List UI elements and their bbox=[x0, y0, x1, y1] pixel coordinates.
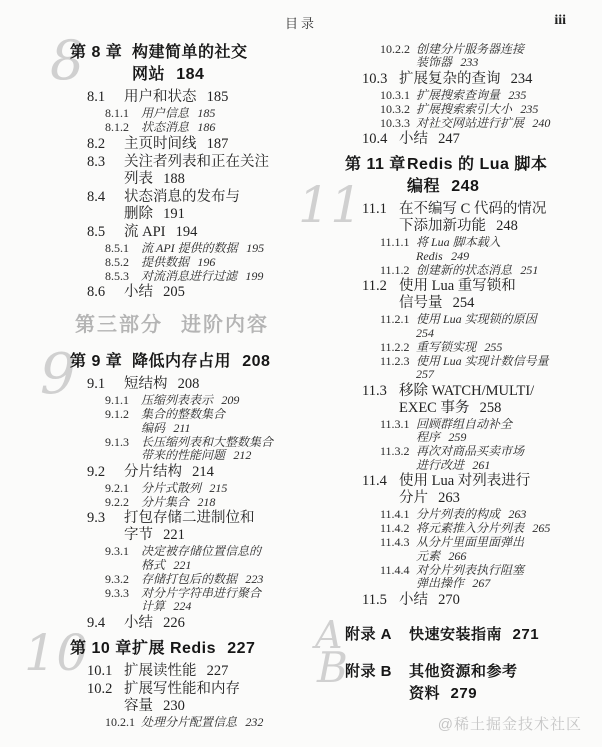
toc-entry-main-line: 11.3.2再次对商品买卖市场 bbox=[380, 445, 582, 459]
entry-page-number: 184 bbox=[176, 66, 204, 83]
toc-column-right: 10.2.2创建分片服务器连接装饰器23310.3扩展复杂的查询23410.3.… bbox=[345, 42, 582, 705]
entry-title: 流 API bbox=[124, 224, 166, 240]
entry-title: 短结构 bbox=[124, 376, 168, 392]
toc-entry-continuation-line: 257 bbox=[416, 368, 582, 382]
entry-title: 流 API 提供的数据 bbox=[141, 241, 238, 255]
entry-title: 创建分片服务器连接 bbox=[416, 42, 524, 56]
entry-page-number: 271 bbox=[513, 626, 540, 643]
entry-page-number: 205 bbox=[163, 284, 185, 300]
entry-title: 降低内存占用 bbox=[132, 353, 231, 370]
toc-entry-continuation-line: 计算224 bbox=[141, 600, 307, 614]
toc-entry-continuation-line: Redis249 bbox=[416, 250, 582, 264]
entry-page-number: 257 bbox=[416, 367, 434, 381]
entry-label: 9.2.1 bbox=[105, 482, 141, 496]
entry-label: 11.5 bbox=[362, 592, 399, 609]
entry-page-number: 221 bbox=[173, 558, 191, 572]
entry-title: 扩展搜索索引大小 bbox=[416, 102, 512, 116]
entry-page-number: 270 bbox=[438, 592, 460, 608]
entry-label: 附录 B bbox=[345, 661, 409, 683]
toc-entry-10.3.3: 10.3.3对社交网站进行扩展240 bbox=[345, 117, 582, 131]
entry-label: 11.1 bbox=[362, 201, 399, 218]
entry-title: 使用 Lua 重写锁和 bbox=[399, 278, 516, 294]
entry-title: 对分片字符串进行聚合 bbox=[141, 586, 261, 600]
entry-title: 从分片里面里面弹出 bbox=[416, 535, 524, 549]
entry-title: 处理分片配置信息 bbox=[141, 715, 237, 729]
entry-title: Redis bbox=[416, 249, 443, 263]
entry-page-number: 279 bbox=[451, 685, 478, 702]
entry-label: 11.3.1 bbox=[380, 418, 416, 432]
toc-entry-10.2.2: 10.2.2创建分片服务器连接装饰器233 bbox=[345, 43, 582, 70]
toc-entry-9.1.3: 9.1.3长压缩列表和大整数集合带来的性能问题212 bbox=[70, 436, 307, 463]
entry-page-number: 249 bbox=[451, 249, 469, 263]
toc-entry-第9章: 9第 9 章降低内存占用208 bbox=[70, 351, 307, 373]
toc-entry-main-line: 8.1.1用户信息185 bbox=[105, 107, 307, 121]
entry-title: 扩展读性能 bbox=[124, 663, 197, 679]
entry-title: 程序 bbox=[416, 430, 440, 444]
entry-label: 9.2.2 bbox=[105, 496, 141, 510]
entry-page-number: 248 bbox=[496, 218, 518, 234]
toc-entry-main-line: 8.1.2状态消息186 bbox=[105, 121, 307, 135]
entry-title: 编程 bbox=[407, 178, 440, 195]
entry-title: 小结 bbox=[124, 284, 153, 300]
toc-entry-main-line: 11.4.2将元素推入分片列表265 bbox=[380, 522, 582, 536]
toc-entry-11.1.1: 11.1.1将 Lua 脚本载入Redis249 bbox=[345, 236, 582, 263]
toc-entry-main-line: 附录 A快速安装指南271 bbox=[345, 624, 582, 646]
toc-entry-main-line: 11.1在不编写 C 代码的情况 bbox=[362, 201, 582, 218]
toc-entry-11.4: 11.4使用 Lua 对列表进行分片263 bbox=[345, 473, 582, 507]
entry-page-number: 214 bbox=[192, 464, 214, 480]
toc-entry-continuation-line: 资料279 bbox=[409, 683, 582, 705]
entry-title: 重写锁实现 bbox=[416, 340, 476, 354]
toc-entry-main-line: 8.5.2提供数据196 bbox=[105, 256, 307, 270]
entry-page-number: 199 bbox=[245, 269, 263, 283]
entry-title: 使用 Lua 实现锁的原因 bbox=[416, 312, 537, 326]
toc-entry-main-line: 第 9 章降低内存占用208 bbox=[70, 351, 307, 373]
toc-entry-main-line: 9.3打包存储二进制位和 bbox=[87, 510, 307, 527]
toc-entry-main-line: 11.2.3使用 Lua 实现计数信号量 bbox=[380, 355, 582, 369]
toc-entry-main-line: 9.3.3对分片字符串进行聚合 bbox=[105, 587, 307, 601]
toc-entry-continuation-line: 信号量254 bbox=[399, 295, 582, 312]
toc-entry-8.5.1: 8.5.1流 API 提供的数据195 bbox=[70, 242, 307, 256]
toc-entry-10.2.1: 10.2.1处理分片配置信息232 bbox=[70, 716, 307, 730]
entry-title: 扩展搜索查询量 bbox=[416, 88, 500, 102]
entry-title: 回顾群组自动补全 bbox=[416, 417, 512, 431]
entry-title: 字节 bbox=[124, 527, 153, 543]
entry-page-number: 258 bbox=[480, 400, 502, 416]
toc-entry-continuation-line: 下添加新功能248 bbox=[399, 218, 582, 235]
entry-label: 8.5 bbox=[87, 224, 124, 241]
entry-label: 8.5.3 bbox=[105, 270, 141, 284]
entry-label: 8.3 bbox=[87, 154, 124, 171]
entry-label: 8.5.1 bbox=[105, 242, 141, 256]
toc-entry-main-line: 第 11 章Redis 的 Lua 脚本 bbox=[345, 154, 582, 176]
toc-entry-main-line: 11.4使用 Lua 对列表进行 bbox=[362, 473, 582, 490]
toc-entry-main-line: 11.4.4对分片列表执行阻塞 bbox=[380, 564, 582, 578]
entry-page-number: 224 bbox=[173, 599, 191, 613]
entry-label: 11.1.1 bbox=[380, 236, 416, 250]
toc-entry-main-line: 9.3.1决定被存储位置信息的 bbox=[105, 545, 307, 559]
toc-entry-continuation-line: 编码211 bbox=[141, 422, 307, 436]
entry-label: 10.3.1 bbox=[380, 89, 416, 103]
entry-page-number: 254 bbox=[416, 326, 434, 340]
toc-entry-main-line: 10.3扩展复杂的查询234 bbox=[362, 71, 582, 88]
entry-label: 11.2.3 bbox=[380, 355, 416, 369]
entry-title: 下添加新功能 bbox=[399, 218, 486, 234]
entry-label: 10.3.2 bbox=[380, 103, 416, 117]
toc-entry-9.3: 9.3打包存储二进制位和字节221 bbox=[70, 510, 307, 544]
entry-label: 9.3.2 bbox=[105, 573, 141, 587]
entry-title: 网站 bbox=[132, 66, 165, 83]
toc-entry-8.5: 8.5流 API194 bbox=[70, 224, 307, 241]
entry-title: 再次对商品买卖市场 bbox=[416, 444, 524, 458]
toc-entry-11.2: 11.2使用 Lua 重写锁和信号量254 bbox=[345, 278, 582, 312]
toc-entry-10.3.2: 10.3.2扩展搜索索引大小235 bbox=[345, 103, 582, 117]
toc-entry-main-line: 11.1.1将 Lua 脚本载入 bbox=[380, 236, 582, 250]
entry-page-number: 215 bbox=[209, 481, 227, 495]
toc-entry-9.1: 9.1短结构208 bbox=[70, 376, 307, 393]
entry-label: 11.4.3 bbox=[380, 536, 416, 550]
entry-page-number: 226 bbox=[163, 615, 185, 631]
entry-page-number: 195 bbox=[246, 241, 264, 255]
entry-label: 9.1 bbox=[87, 376, 124, 393]
toc-entry-9.2.1: 9.2.1分片式散列215 bbox=[70, 482, 307, 496]
entry-title: 小结 bbox=[399, 131, 428, 147]
entry-label: 11.1.2 bbox=[380, 264, 416, 278]
toc-entry-9.1.1: 9.1.1压缩列表表示209 bbox=[70, 394, 307, 408]
entry-title: 将元素推入分片列表 bbox=[416, 521, 524, 535]
entry-page-number: 254 bbox=[453, 295, 475, 311]
entry-page-number: 209 bbox=[221, 393, 239, 407]
running-title: 目录 bbox=[285, 13, 317, 32]
toc-entry-第8章: 8第 8 章构建简单的社交网站184 bbox=[70, 42, 307, 86]
entry-title: 集合的整数集合 bbox=[141, 407, 225, 421]
toc-entry-main-line: 9.2分片结构214 bbox=[87, 464, 307, 481]
toc-entry-11.4.1: 11.4.1分片列表的构成263 bbox=[345, 508, 582, 522]
entry-title: 分片列表的构成 bbox=[416, 507, 500, 521]
toc-entry-10.2: 10.2扩展写性能和内存容量230 bbox=[70, 681, 307, 715]
toc-entry-main-line: 附录 B其他资源和参考 bbox=[345, 661, 582, 683]
toc-entry-main-line: 8.2主页时间线187 bbox=[87, 136, 307, 153]
entry-label: 8.1.1 bbox=[105, 107, 141, 121]
entry-label: 9.1.1 bbox=[105, 394, 141, 408]
entry-title: 扩展 Redis bbox=[132, 640, 216, 657]
entry-page-number: 266 bbox=[448, 549, 466, 563]
entry-title: 压缩列表表示 bbox=[141, 393, 213, 407]
toc-entry-main-line: 10.2.2创建分片服务器连接 bbox=[380, 43, 582, 57]
entry-page-number: 227 bbox=[227, 640, 255, 657]
entry-title: 删除 bbox=[124, 206, 153, 222]
toc-entry-continuation-line: 容量230 bbox=[124, 698, 307, 715]
toc-entry-continuation-line: 格式221 bbox=[141, 559, 307, 573]
entry-label: 11.2.1 bbox=[380, 313, 416, 327]
entry-title: 进行改进 bbox=[416, 458, 464, 472]
entry-label: 11.4.4 bbox=[380, 564, 416, 578]
entry-label: 11.2 bbox=[362, 278, 399, 295]
page-number: iii bbox=[554, 13, 566, 29]
entry-page-number: 194 bbox=[176, 224, 198, 240]
entry-label: 10.1 bbox=[87, 663, 124, 680]
toc-entry-main-line: 9.4小结226 bbox=[87, 615, 307, 632]
toc-entry-main-line: 8.4状态消息的发布与 bbox=[87, 189, 307, 206]
entry-label: 第三部分 bbox=[75, 312, 163, 338]
toc-entry-11.1.2: 11.1.2创建新的状态消息251 bbox=[345, 264, 582, 278]
entry-page-number: 251 bbox=[520, 263, 538, 277]
entry-label: 9.3 bbox=[87, 510, 124, 527]
entry-label: 第 9 章 bbox=[70, 351, 132, 373]
toc-entry-11.2.2: 11.2.2重写锁实现255 bbox=[345, 341, 582, 355]
entry-title: 移除 WATCH/MULTI/ bbox=[399, 383, 534, 399]
entry-title: 使用 Lua 对列表进行 bbox=[399, 473, 530, 489]
toc-entry-10.3: 10.3扩展复杂的查询234 bbox=[345, 71, 582, 88]
entry-label: 第 11 章 bbox=[345, 154, 407, 176]
toc-entry-main-line: 8.6小结205 bbox=[87, 284, 307, 301]
entry-title: 扩展写性能和内存 bbox=[124, 681, 240, 697]
toc-entry-main-line: 9.3.2存储打包后的数据223 bbox=[105, 573, 307, 587]
toc-entry-9.3.3: 9.3.3对分片字符串进行聚合计算224 bbox=[70, 587, 307, 614]
entry-title: 分片式散列 bbox=[141, 481, 201, 495]
toc-entry-8.5.2: 8.5.2提供数据196 bbox=[70, 256, 307, 270]
toc-entry-main-line: 9.1.1压缩列表表示209 bbox=[105, 394, 307, 408]
entry-title: 小结 bbox=[399, 592, 428, 608]
toc-entry-main-line: 9.2.2分片集合218 bbox=[105, 496, 307, 510]
entry-title: 分片集合 bbox=[141, 495, 189, 509]
toc-entry-附录B: B附录 B其他资源和参考资料279 bbox=[345, 661, 582, 705]
entry-page-number: 261 bbox=[472, 458, 490, 472]
toc-entry-main-line: 8.5流 API194 bbox=[87, 224, 307, 241]
entry-title: 关注者列表和正在关注 bbox=[124, 154, 269, 170]
entry-label: 9.3.1 bbox=[105, 545, 141, 559]
entry-label: 11.3 bbox=[362, 383, 399, 400]
entry-title: 进阶内容 bbox=[181, 314, 269, 336]
entry-label: 8.1 bbox=[87, 89, 124, 106]
toc-entry-continuation-line: 列表188 bbox=[124, 171, 307, 188]
toc-entry-main-line: 10.2.1处理分片配置信息232 bbox=[105, 716, 307, 730]
entry-page-number: 208 bbox=[178, 376, 200, 392]
entry-page-number: 185 bbox=[207, 89, 229, 105]
toc-entry-8.2: 8.2主页时间线187 bbox=[70, 136, 307, 153]
toc-entry-main-line: 10.2扩展写性能和内存 bbox=[87, 681, 307, 698]
entry-title: 其他资源和参考 bbox=[409, 663, 518, 680]
toc-entry-main-line: 8.5.3对流消息进行过滤199 bbox=[105, 270, 307, 284]
toc-entry-11.4.2: 11.4.2将元素推入分片列表265 bbox=[345, 522, 582, 536]
entry-page-number: 265 bbox=[532, 521, 550, 535]
entry-title: 信号量 bbox=[399, 295, 443, 311]
toc-entry-continuation-line: 网站184 bbox=[132, 64, 307, 86]
entry-title: 编码 bbox=[141, 421, 165, 435]
toc-entry-8.6: 8.6小结205 bbox=[70, 284, 307, 301]
entry-title: 在不编写 C 代码的情况 bbox=[399, 201, 546, 217]
entry-label: 11.2.2 bbox=[380, 341, 416, 355]
entry-label: 10.2.2 bbox=[380, 43, 416, 57]
toc-entry-9.3.2: 9.3.2存储打包后的数据223 bbox=[70, 573, 307, 587]
entry-label: 11.4 bbox=[362, 473, 399, 490]
toc-entry-main-line: 8.5.1流 API 提供的数据195 bbox=[105, 242, 307, 256]
entry-page-number: 240 bbox=[532, 116, 550, 130]
toc-entry-continuation-line: 弹出操作267 bbox=[416, 577, 582, 591]
entry-title: 状态消息的发布与 bbox=[124, 189, 240, 205]
toc-entry-11.3.2: 11.3.2再次对商品买卖市场进行改进261 bbox=[345, 445, 582, 472]
toc-entry-11.3.1: 11.3.1回顾群组自动补全程序259 bbox=[345, 418, 582, 445]
entry-title: 对流消息进行过滤 bbox=[141, 269, 237, 283]
entry-title: 存储打包后的数据 bbox=[141, 572, 237, 586]
entry-title: Redis 的 Lua 脚本 bbox=[407, 156, 547, 173]
entry-label: 9.1.2 bbox=[105, 408, 141, 422]
entry-page-number: 196 bbox=[197, 255, 215, 269]
entry-title: 对社交网站进行扩展 bbox=[416, 116, 524, 130]
entry-title: 资料 bbox=[409, 685, 440, 702]
toc-entry-continuation-line: 字节221 bbox=[124, 527, 307, 544]
toc-entry-10.4: 10.4小结247 bbox=[345, 131, 582, 148]
entry-page-number: 259 bbox=[448, 430, 466, 444]
toc-entry-11.1: 11.1在不编写 C 代码的情况下添加新功能248 bbox=[345, 201, 582, 235]
toc-entry-continuation-line: 254 bbox=[416, 327, 582, 341]
toc-column-left: 8第 8 章构建简单的社交网站1848.1用户和状态1858.1.1用户信息18… bbox=[70, 42, 307, 730]
toc-entry-main-line: 11.5小结270 bbox=[362, 592, 582, 609]
toc-entry-main-line: 8.3关注者列表和正在关注 bbox=[87, 154, 307, 171]
toc-entry-8.3: 8.3关注者列表和正在关注列表188 bbox=[70, 154, 307, 188]
chapter-numeral-B: B bbox=[317, 647, 348, 689]
toc-entry-10.1: 10.1扩展读性能227 bbox=[70, 663, 307, 680]
entry-title: 分片 bbox=[399, 490, 428, 506]
toc-entry-main-line: 10.3.3对社交网站进行扩展240 bbox=[380, 117, 582, 131]
toc-entry-10.3.1: 10.3.1扩展搜索查询量235 bbox=[345, 89, 582, 103]
entry-title: 格式 bbox=[141, 558, 165, 572]
toc-entry-main-line: 第 8 章构建简单的社交 bbox=[70, 42, 307, 64]
toc-entry-main-line: 10.3.2扩展搜索索引大小235 bbox=[380, 103, 582, 117]
toc-entry-main-line: 11.2使用 Lua 重写锁和 bbox=[362, 278, 582, 295]
entry-page-number: 230 bbox=[163, 698, 185, 714]
toc-entry-continuation-line: 分片263 bbox=[399, 490, 582, 507]
toc-entry-continuation-line: 装饰器233 bbox=[416, 56, 582, 70]
toc-entry-continuation-line: EXEC 事务258 bbox=[399, 400, 582, 417]
entry-title: 主页时间线 bbox=[124, 136, 197, 152]
entry-page-number: 187 bbox=[207, 136, 229, 152]
entry-title: 用户和状态 bbox=[124, 89, 197, 105]
toc-entry-continuation-line: 编程248 bbox=[407, 176, 582, 198]
entry-page-number: 212 bbox=[233, 448, 251, 462]
entry-title: 带来的性能问题 bbox=[141, 448, 225, 462]
entry-label: 9.4 bbox=[87, 615, 124, 632]
toc-entry-main-line: 9.1.2集合的整数集合 bbox=[105, 408, 307, 422]
entry-label: 9.1.3 bbox=[105, 436, 141, 450]
entry-title: 长压缩列表和大整数集合 bbox=[141, 435, 273, 449]
entry-page-number: 186 bbox=[197, 120, 215, 134]
entry-label: 9.2 bbox=[87, 464, 124, 481]
entry-page-number: 208 bbox=[242, 353, 270, 370]
toc-entry-main-line: 8.1用户和状态185 bbox=[87, 89, 307, 106]
entry-title: 打包存储二进制位和 bbox=[124, 510, 255, 526]
toc-entry-main-line: 11.3移除 WATCH/MULTI/ bbox=[362, 383, 582, 400]
entry-page-number: 267 bbox=[472, 576, 490, 590]
toc-entry-9.4: 9.4小结226 bbox=[70, 615, 307, 632]
toc-page: 目录 iii 8第 8 章构建简单的社交网站1848.1用户和状态1858.1.… bbox=[0, 0, 602, 747]
toc-entry-9.2: 9.2分片结构214 bbox=[70, 464, 307, 481]
entry-title: 快速安装指南 bbox=[409, 626, 502, 643]
entry-title: 决定被存储位置信息的 bbox=[141, 544, 261, 558]
toc-entry-main-line: 10.3.1扩展搜索查询量235 bbox=[380, 89, 582, 103]
entry-title: EXEC 事务 bbox=[399, 400, 469, 416]
toc-entry-main-line: 11.4.3从分片里面里面弹出 bbox=[380, 536, 582, 550]
toc-entry-continuation-line: 元素266 bbox=[416, 550, 582, 564]
entry-label: 8.2 bbox=[87, 136, 124, 153]
entry-label: 9.3.3 bbox=[105, 587, 141, 601]
entry-title: 计算 bbox=[141, 599, 165, 613]
entry-title: 状态消息 bbox=[141, 120, 189, 134]
chapter-numeral-A: A bbox=[315, 616, 343, 654]
entry-page-number: 247 bbox=[438, 131, 460, 147]
entry-title: 扩展复杂的查询 bbox=[399, 71, 501, 87]
entry-label: 10.4 bbox=[362, 131, 399, 148]
entry-label: 附录 A bbox=[345, 624, 409, 646]
toc-entry-main-line: 第 10 章扩展 Redis227 bbox=[70, 638, 307, 660]
entry-page-number: 263 bbox=[508, 507, 526, 521]
entry-title: 小结 bbox=[124, 615, 153, 631]
toc-entry-main-line: 第三部分进阶内容 bbox=[75, 312, 307, 338]
entry-label: 10.3 bbox=[362, 71, 399, 88]
entry-title: 将 Lua 脚本载入 bbox=[416, 235, 501, 249]
entry-title: 对分片列表执行阻塞 bbox=[416, 563, 524, 577]
entry-page-number: 234 bbox=[511, 71, 533, 87]
entry-page-number: 255 bbox=[484, 340, 502, 354]
toc-entry-continuation-line: 带来的性能问题212 bbox=[141, 449, 307, 463]
entry-label: 8.5.2 bbox=[105, 256, 141, 270]
entry-title: 弹出操作 bbox=[416, 576, 464, 590]
watermark: @稀土掘金技术社区 bbox=[438, 713, 582, 734]
entry-page-number: 191 bbox=[163, 206, 185, 222]
toc-entry-9.1.2: 9.1.2集合的整数集合编码211 bbox=[70, 408, 307, 435]
entry-title: 分片结构 bbox=[124, 464, 182, 480]
entry-page-number: 221 bbox=[163, 527, 185, 543]
toc-entry-main-line: 10.1扩展读性能227 bbox=[87, 663, 307, 680]
entry-title: 元素 bbox=[416, 549, 440, 563]
entry-page-number: 188 bbox=[163, 171, 185, 187]
toc-entry-9.3.1: 9.3.1决定被存储位置信息的格式221 bbox=[70, 545, 307, 572]
entry-title: 用户信息 bbox=[141, 106, 189, 120]
toc-entry-附录A: A附录 A快速安装指南271 bbox=[345, 624, 582, 646]
entry-label: 11.3.2 bbox=[380, 445, 416, 459]
toc-entry-8.5.3: 8.5.3对流消息进行过滤199 bbox=[70, 270, 307, 284]
entry-page-number: 227 bbox=[207, 663, 229, 679]
entry-page-number: 263 bbox=[438, 490, 460, 506]
toc-entry-main-line: 11.1.2创建新的状态消息251 bbox=[380, 264, 582, 278]
entry-label: 8.4 bbox=[87, 189, 124, 206]
toc-entry-11.5: 11.5小结270 bbox=[345, 592, 582, 609]
entry-title: 使用 Lua 实现计数信号量 bbox=[416, 354, 549, 368]
entry-label: 10.3.3 bbox=[380, 117, 416, 131]
toc-entry-11.3: 11.3移除 WATCH/MULTI/EXEC 事务258 bbox=[345, 383, 582, 417]
toc-entry-11.4.4: 11.4.4对分片列表执行阻塞弹出操作267 bbox=[345, 564, 582, 591]
entry-title: 创建新的状态消息 bbox=[416, 263, 512, 277]
entry-label: 11.4.1 bbox=[380, 508, 416, 522]
entry-page-number: 218 bbox=[197, 495, 215, 509]
entry-page-number: 185 bbox=[197, 106, 215, 120]
toc-entry-main-line: 11.2.2重写锁实现255 bbox=[380, 341, 582, 355]
entry-page-number: 233 bbox=[460, 55, 478, 69]
entry-page-number: 235 bbox=[508, 88, 526, 102]
toc-entry-8.1.2: 8.1.2状态消息186 bbox=[70, 121, 307, 135]
toc-entry-continuation-line: 进行改进261 bbox=[416, 459, 582, 473]
toc-entry-11.4.3: 11.4.3从分片里面里面弹出元素266 bbox=[345, 536, 582, 563]
toc-entry-9.2.2: 9.2.2分片集合218 bbox=[70, 496, 307, 510]
toc-entry-main-line: 11.2.1使用 Lua 实现锁的原因 bbox=[380, 313, 582, 327]
toc-entry-11.2.3: 11.2.3使用 Lua 实现计数信号量257 bbox=[345, 355, 582, 382]
toc-entry-第10章: 10第 10 章扩展 Redis227 bbox=[70, 638, 307, 660]
entry-title: 提供数据 bbox=[141, 255, 189, 269]
entry-page-number: 211 bbox=[173, 421, 190, 435]
toc-entry-main-line: 11.3.1回顾群组自动补全 bbox=[380, 418, 582, 432]
entry-label: 11.4.2 bbox=[380, 522, 416, 536]
entry-title: 容量 bbox=[124, 698, 153, 714]
